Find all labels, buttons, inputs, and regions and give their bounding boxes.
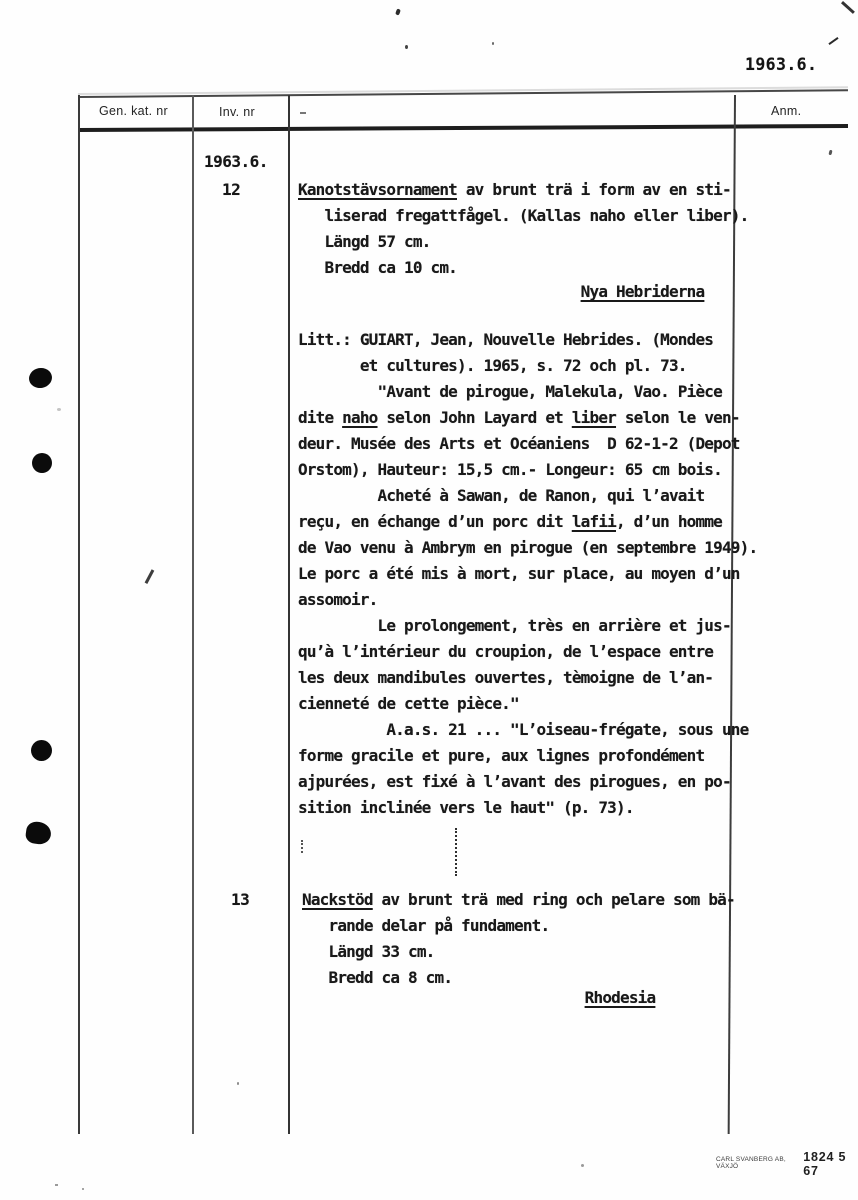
scan-artifact-speck [82,1188,84,1190]
scan-artifact-speck [405,45,408,49]
page-number: 1963.6. [745,55,817,75]
catalog-text-line: Längd 33 cm. [302,942,435,962]
catalog-region-label: Nya Hebriderna [298,282,704,302]
catalog-text-line: reçu, en échange d’un porc dit lafii, d’… [298,512,722,532]
catalog-text-line: sition inclinée vers le haut" (p. 73). [298,798,634,818]
hole-punch [32,453,52,473]
scan-artifact-speck [300,112,306,114]
header-anm: Anm. [771,104,801,119]
catalog-text-line: A.a.s. 21 ... "L’oiseau-frégate, sous un… [298,720,748,740]
scan-artifact-stray-stroke [145,569,154,583]
scan-artifact-speck [237,1082,239,1085]
catalog-text-line: dite naho selon John Layard et liber sel… [298,408,740,428]
printer-imprint-name: CARL SVANBERG AB, VÄXJÖ [716,1156,798,1170]
scan-artifact-dotted-line [455,828,457,876]
inv-no-13: 13 [231,890,249,910]
catalog-text-line: et cultures). 1965, s. 72 och pl. 73. [298,356,687,376]
scan-artifact-speck [828,150,832,156]
catalog-page: 1963.6. Gen. kat. nr Inv. nr Anm. 1963.6… [0,0,858,1200]
hole-punch [25,820,53,845]
scan-artifact-speck [57,408,61,411]
catalog-text-line: qu’à l’intérieur du croupion, de l’espac… [298,642,713,662]
column-divider-genkat [192,95,194,1134]
catalog-text-line: de Vao venu à Ambrym en pirogue (en sept… [298,538,757,558]
column-divider-anm [728,95,736,1134]
catalog-text-line: "Avant de pirogue, Malekula, Vao. Pièce [298,382,722,402]
catalog-text-line: liserad fregattfågel. (Kallas naho eller… [298,206,748,226]
catalog-text-line: cienneté de cette pièce." [298,694,519,714]
inv-year: 1963.6. [204,152,268,172]
catalog-text-line: assomoir. [298,590,378,610]
catalog-text-line: Bredd ca 10 cm. [298,258,457,278]
catalog-text-line: forme gracile et pure, aux lignes profon… [298,746,704,766]
catalog-text-line: Le porc a été mis à mort, sur place, au … [298,564,740,584]
scan-artifact-speck [395,8,401,15]
header-gen-kat-nr: Gen. kat. nr [99,104,168,119]
hole-punch [31,740,52,761]
column-divider-invnr [288,95,290,1134]
scan-artifact-speck [55,1184,58,1186]
catalog-text-line: Bredd ca 8 cm. [302,968,452,988]
catalog-text-line: deur. Musée des Arts et Océaniens D 62-1… [298,434,740,454]
catalog-text-line: Nackstöd av brunt trä med ring och pelar… [302,890,735,910]
catalog-text-line: Le prolongement, très en arrière et jus- [298,616,731,636]
catalog-text-line: les deux mandibules ouvertes, tèmoigne d… [298,668,713,688]
header-inv-nr: Inv. nr [219,105,255,120]
catalog-text-line: Kanotstävsornament av brunt trä i form a… [298,180,731,200]
catalog-region-label: Rhodesia [302,988,655,1008]
catalog-text-line: Acheté à Sawan, de Ranon, qui l’avait [298,486,704,506]
catalog-text-line: Orstom), Hauteur: 15,5 cm.- Longeur: 65 … [298,460,722,480]
header-bottom-rule [78,124,848,132]
scan-artifact-dotted-line [301,840,303,853]
scan-artifact-corner-stroke [841,1,855,14]
catalog-text-line: Litt.: GUIART, Jean, Nouvelle Hebrides. … [298,330,713,350]
catalog-text-line: rande delar på fundament. [302,916,549,936]
printer-imprint: CARL SVANBERG AB, VÄXJÖ 1824 5 67 [716,1150,858,1178]
scan-artifact-speck [581,1164,584,1167]
scan-artifact-stray-stroke [828,37,838,45]
inv-no-12: 12 [222,180,240,200]
hole-punch [27,366,53,390]
table-left-border [78,95,80,1134]
printer-imprint-code: 1824 5 67 [803,1150,858,1178]
catalog-text-line: ajpurées, est fixé à l’avant des pirogue… [298,772,731,792]
scan-artifact-speck [492,42,494,45]
catalog-text-line: Längd 57 cm. [298,232,431,252]
